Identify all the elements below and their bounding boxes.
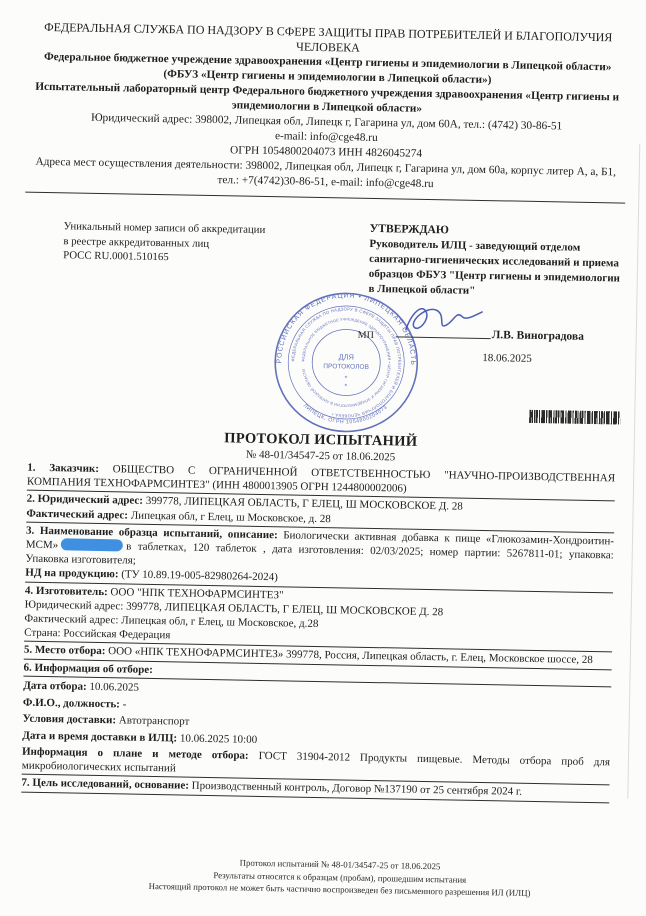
page-footer: Протокол испытаний № 48-01/34547-25 от 1… <box>59 853 620 901</box>
stamp-star-2: * <box>344 383 347 390</box>
letterhead: ФЕДЕРАЛЬНАЯ СЛУЖБА ПО НАДЗОРУ В СФЕРЕ ЗА… <box>25 20 628 204</box>
field-value: 10.06.2025 10:00 <box>180 733 258 746</box>
barcode <box>529 410 620 425</box>
field-value: (ТУ 10.89.19-005-82980264-2024) <box>121 569 278 584</box>
field-value: - <box>123 698 127 710</box>
signer-name: Л.В. Виноградова <box>492 329 584 343</box>
field-label: Условия доставки: <box>23 713 117 727</box>
field-label: 2. Юридический адрес: <box>27 493 144 507</box>
protocol-document-page: ФЕДЕРАЛЬНАЯ СЛУЖБА ПО НАДЗОРУ В СФЕРЕ ЗА… <box>0 0 646 916</box>
redaction-mark <box>61 538 123 551</box>
stamp-star-1: * <box>344 375 347 382</box>
scan-artifact-line <box>627 144 640 799</box>
stamp-middle-ring-text: ФЕДЕРАЛЬНАЯ СЛУЖБА ПО НАДЗОРУ В СФЕРЕ ЗА… <box>289 305 403 419</box>
field-value: 10.06.2025 <box>89 681 139 694</box>
stamp-inner-ring-text: ФЕДЕРАЛЬНОЕ БЮДЖЕТНОЕ УЧРЕЖДЕНИЕ ЗДРАВОО… <box>300 317 392 409</box>
section-sampling-info: Дата отбора: 10.06.2025 Ф.И.О., должност… <box>22 677 612 785</box>
approval-date: 18.06.2025 <box>482 352 532 365</box>
accreditation-block: Уникальный номер записи об аккредитации … <box>63 219 349 268</box>
field-label: Фактический адрес: <box>26 507 128 521</box>
field-label: Ф.И.О., должность: <box>23 696 120 710</box>
signature-icon <box>402 302 489 340</box>
field-value: ОБЩЕСТВО С ОГРАНИЧЕННОЙ ОТВЕТСТВЕННОСТЬЮ… <box>27 463 615 495</box>
section-sample: 3. Наименование образца испытаний, описа… <box>25 523 614 593</box>
field-label: Дата отбора: <box>23 679 87 692</box>
field-label: 4. Изготовитель: <box>25 584 108 598</box>
approval-block: УТВЕРЖДАЮ Руководитель ИЛЦ - заведующий … <box>368 221 621 302</box>
round-stamp-icon: РОССИЙСКАЯ ФЕДЕРАЦИЯ • ЛИПЕЦКАЯ ОБЛАСТЬ … <box>270 288 423 437</box>
field-label: Дата и время доставки в ИЛЦ: <box>22 730 177 745</box>
field-label: 1. Заказчик: <box>27 462 99 475</box>
document-body: 1. Заказчик: ОБЩЕСТВО С ОГРАНИЧЕННОЙ ОТВ… <box>21 461 615 804</box>
stamp-outer-circle <box>274 292 419 433</box>
field-label: 5. Место отбора: <box>24 644 106 657</box>
field-label: 7. Цель исследований, основание: <box>21 777 189 792</box>
section-manufacturer: 4. Изготовитель: ООО "НПК ТЕХНОФАРМСИНТЕ… <box>24 583 613 653</box>
field-value: Автотранспорт <box>119 715 190 728</box>
scanned-sheet: ФЕДЕРАЛЬНАЯ СЛУЖБА ПО НАДЗОРУ В СФЕРЕ ЗА… <box>0 0 646 916</box>
mp-mark: МП <box>358 330 374 341</box>
field-value: Липецкая обл, г Елец, ш Московское, д. 2… <box>131 509 331 525</box>
field-label: НД на продукцию: <box>25 567 118 581</box>
stamp-center-line-1: ДЛЯ <box>339 352 354 361</box>
stamp-center-line-2: ПРОТОКОЛОВ <box>323 363 369 371</box>
